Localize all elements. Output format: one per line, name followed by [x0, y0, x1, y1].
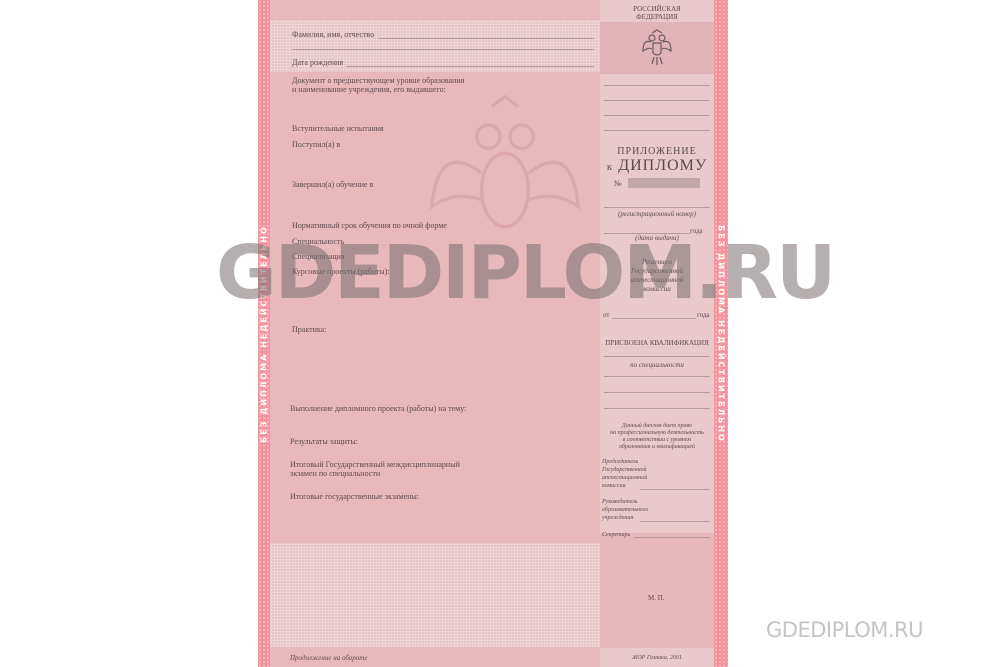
full-name-line — [378, 38, 594, 39]
specialty-line-3 — [604, 408, 710, 409]
chair-label-1: Председатель — [602, 458, 638, 466]
head-label-3: учреждения — [602, 514, 633, 522]
rights-label-2: на профессиональную деятельность — [600, 430, 714, 437]
birth-date-line — [346, 66, 594, 67]
supplement-title: ПРИЛОЖЕНИЕ — [600, 146, 714, 157]
birth-date-label: Дата рождения — [292, 58, 343, 68]
defense-results-label: Результаты защиты: — [290, 437, 358, 447]
rights-label-4: образования и квалификацией — [600, 444, 714, 451]
title-prefix: к — [607, 161, 613, 173]
title-diploma: ДИПЛОМУ — [618, 157, 707, 174]
final-exam-label-2: экзамен по специальности — [290, 469, 380, 479]
specialty-line-2 — [604, 392, 710, 393]
completed-label: Завершил(а) обучение в — [292, 180, 373, 190]
head-signature-line — [640, 521, 710, 522]
practice-label: Практика: — [292, 325, 326, 335]
bottom-blank-band — [270, 543, 600, 647]
right-line-1 — [604, 85, 710, 86]
printer-mark: ЖОР Гознака, 2001 — [600, 654, 714, 663]
chair-label-2: Государственной — [602, 466, 647, 474]
left-security-stripe: БЕЗ ДИПЛОМА НЕДЕЙСТВИТЕЛЬНО — [258, 0, 270, 667]
qualification-line — [604, 356, 710, 357]
chair-label-3: аттестационной — [602, 474, 647, 482]
right-line-4 — [604, 130, 710, 131]
continued-note: Продолжение на обороте — [290, 653, 367, 663]
number-sign: № — [614, 179, 622, 188]
diploma-title: к ДИПЛОМУ — [600, 157, 714, 175]
thesis-label: Выполнение дипломного проекта (работы) н… — [290, 404, 466, 414]
site-watermark: GDEDIPLOM.RU — [216, 236, 786, 310]
qualification-label: ПРИСВОЕНА КВАЛИФИКАЦИЯ — [600, 339, 714, 348]
rights-label-3: в соответствии с уровнем — [600, 437, 714, 444]
site-watermark-corner: GDEDIPLOM.RU — [766, 618, 923, 642]
full-name-line-2 — [292, 49, 594, 50]
final-state-exams-label: Итоговые государственные экзамены: — [290, 492, 419, 502]
head-label-1: Руководитель — [602, 498, 638, 506]
secretary-signature-line — [634, 537, 710, 538]
secretary-label: Секретарь — [602, 531, 630, 540]
prev-doc-label-2: и наименование учреждения, его выдавшего… — [292, 85, 446, 95]
full-name-label: Фамилия, имя, отчество — [292, 30, 374, 40]
stamp-placeholder: М. П. — [648, 594, 665, 603]
registration-number-redacted — [628, 178, 700, 188]
enrolled-label: Поступил(а) в — [292, 140, 340, 150]
coat-of-arms-icon — [641, 29, 673, 67]
head-label-2: образовательного — [602, 506, 648, 514]
entrance-exams-label: Вступительные испытания — [292, 124, 384, 134]
chair-label-4: комиссии — [602, 482, 626, 490]
decision-date-line — [612, 318, 696, 319]
reg-number-caption: (регистрационный номер) — [600, 210, 714, 219]
by-specialty-label: по специальности — [600, 361, 714, 370]
reg-number-line — [604, 207, 710, 208]
specialty-line-1 — [604, 376, 710, 377]
right-line-2 — [604, 100, 710, 101]
country-label-2: ФЕДЕРАЦИЯ — [600, 13, 714, 22]
stamp-band — [600, 533, 714, 648]
right-security-stripe: БЕЗ ДИПЛОМА НЕДЕЙСТВИТЕЛЬНО — [714, 0, 728, 667]
chair-signature-line — [640, 489, 710, 490]
right-line-3 — [604, 115, 710, 116]
rights-label-1: Данный диплом дает право — [600, 423, 714, 430]
